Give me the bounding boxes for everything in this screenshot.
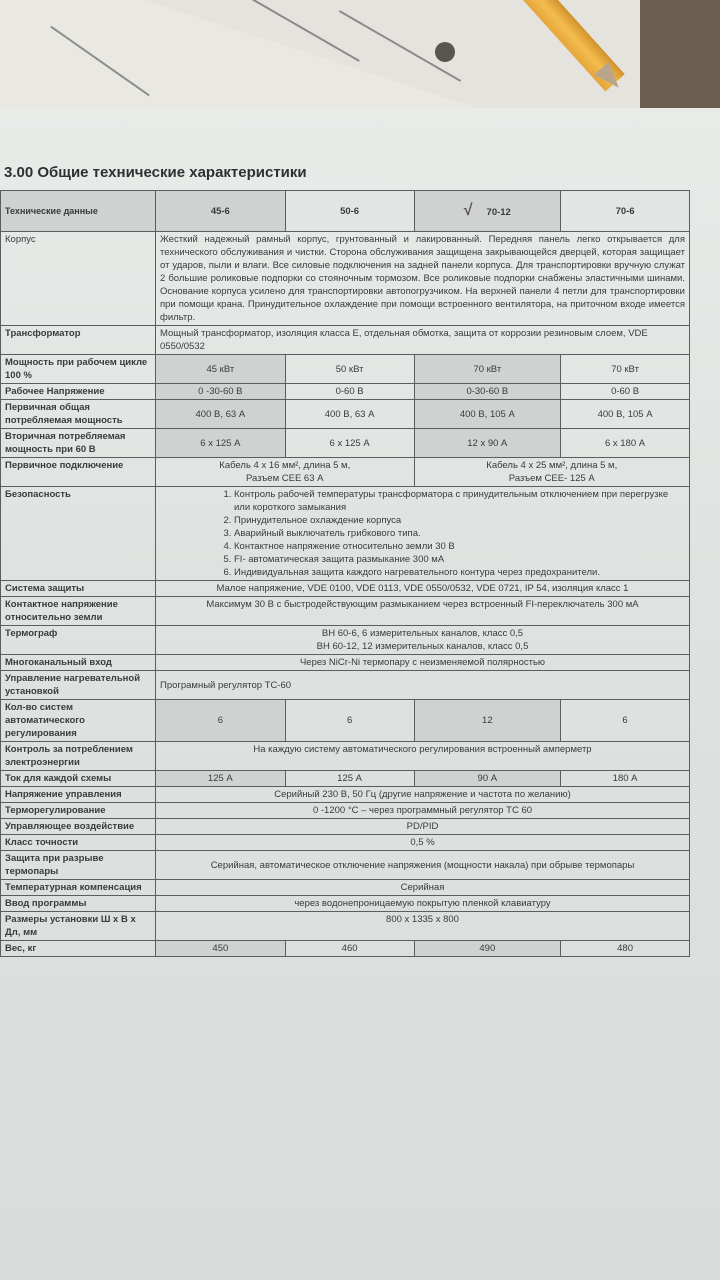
list-item: Аварийный выключатель грибкового типа.	[234, 527, 685, 540]
table-row: Многоканальный вход Через NiCr-Ni термоп…	[1, 655, 690, 671]
spec-sheet-page: 3.00 Общие технические характеристики Те…	[0, 108, 720, 1280]
checkmark-icon: √	[464, 202, 473, 219]
row-value: 800 x 1335 x 800	[156, 912, 690, 941]
cell: 0 -30-60 В	[156, 384, 286, 400]
row-value: Через NiCr-Ni термопару с неизменяемой п…	[156, 655, 690, 671]
row-label: Безопасность	[1, 487, 156, 581]
row-value: Серийный 230 В, 50 Гц (другие напряжение…	[156, 787, 690, 803]
table-row: Ток для каждой схемы 125 А 125 А 90 А 18…	[1, 771, 690, 787]
row-label: Ввод программы	[1, 896, 156, 912]
table-row: Первичное подключение Кабель 4 x 16 мм²,…	[1, 458, 690, 487]
cell: 45 кВт	[156, 355, 286, 384]
cell: 70 кВт	[414, 355, 561, 384]
cell: 125 А	[156, 771, 286, 787]
row-label: Многоканальный вход	[1, 655, 156, 671]
list-item: Контроль рабочей температуры трансформат…	[234, 488, 685, 514]
table-row: Трансформатор Мощный трансформатор, изол…	[1, 326, 690, 355]
row-label: Рабочее Напряжение	[1, 384, 156, 400]
row-value: ВН 60-6, 6 измерительных каналов, класс …	[156, 626, 690, 655]
row-value: На каждую систему автоматического регули…	[156, 742, 690, 771]
cell: 6	[156, 700, 286, 742]
model-45-6: 45-6	[156, 191, 286, 232]
table-row: Защита при разрыве термопары Серийная, а…	[1, 851, 690, 880]
row-value: PD/PID	[156, 819, 690, 835]
row-value: через водонепроницаемую покрытую пленкой…	[156, 896, 690, 912]
row-label: Вторичная потребляемая мощность при 60 В	[1, 429, 156, 458]
cell: 400 В, 105 А	[414, 400, 561, 429]
row-label: Защита при разрыве термопары	[1, 851, 156, 880]
cell: 400 В, 63 А	[156, 400, 286, 429]
safety-list-cell: Контроль рабочей температуры трансформат…	[156, 487, 690, 581]
table-row: Температурная компенсация Серийная	[1, 880, 690, 896]
row-label: Управление нагревательной установкой	[1, 671, 156, 700]
row-label: Термограф	[1, 626, 156, 655]
table-row: Контактное напряжение относительно земли…	[1, 597, 690, 626]
cell: 180 А	[561, 771, 690, 787]
row-label: Корпус	[1, 232, 156, 326]
table-row: Класс точности 0,5 %	[1, 835, 690, 851]
table-row: Система защиты Малое напряжение, VDE 010…	[1, 581, 690, 597]
spec-table: Технические данные 45-6 50-6 √70-12 70-6…	[0, 190, 690, 957]
list-item: FI- автоматическая защита размыкание 300…	[234, 553, 685, 566]
row-label: Класс точности	[1, 835, 156, 851]
table-row: Безопасность Контроль рабочей температур…	[1, 487, 690, 581]
cell: 490	[414, 941, 561, 957]
table-row: Управление нагревательной установкой Про…	[1, 671, 690, 700]
cell: 125 А	[285, 771, 414, 787]
cell: 6	[561, 700, 690, 742]
row-value: Максимум 30 В с быстродействующим размык…	[156, 597, 690, 626]
cell: 70 кВт	[561, 355, 690, 384]
connection-large: Кабель 4 x 25 мм², длина 5 м, Разъем CEE…	[414, 458, 690, 487]
model-70-6: 70-6	[561, 191, 690, 232]
row-label: Ток для каждой схемы	[1, 771, 156, 787]
table-header-row: Технические данные 45-6 50-6 √70-12 70-6	[1, 191, 690, 232]
cell: 6 x 180 А	[561, 429, 690, 458]
row-label: Кол-во систем автоматического регулирова…	[1, 700, 156, 742]
safety-list: Контроль рабочей температуры трансформат…	[160, 488, 685, 579]
cell: 6 x 125 А	[285, 429, 414, 458]
row-value: Жесткий надежный рамный корпус, грунтова…	[156, 232, 690, 326]
table-row: Кол-во систем автоматического регулирова…	[1, 700, 690, 742]
cell: 90 А	[414, 771, 561, 787]
cell: 460	[285, 941, 414, 957]
cell: 450	[156, 941, 286, 957]
row-label: Температурная компенсация	[1, 880, 156, 896]
model-50-6: 50-6	[285, 191, 414, 232]
row-value: 0,5 %	[156, 835, 690, 851]
row-label: Терморегулирование	[1, 803, 156, 819]
row-label: Напряжение управления	[1, 787, 156, 803]
list-item: Принудительное охлаждение корпуса	[234, 514, 685, 527]
row-value: Серийная, автоматическое отключение напр…	[156, 851, 690, 880]
row-value: 0 -1200 °C – через программный регулятор…	[156, 803, 690, 819]
cell: 6	[285, 700, 414, 742]
cell: 6 x 125 А	[156, 429, 286, 458]
page-title: 3.00 Общие технические характеристики	[4, 164, 307, 181]
model-70-12: √70-12	[414, 191, 561, 232]
table-row: Первичная общая потребляемая мощность 40…	[1, 400, 690, 429]
row-label: Система защиты	[1, 581, 156, 597]
connection-small: Кабель 4 x 16 мм², длина 5 м, Разъем CEE…	[156, 458, 415, 487]
table-row: Контроль за потреблением электроэнергии …	[1, 742, 690, 771]
cell: 400 В, 105 А	[561, 400, 690, 429]
table-row: Управляющее воздействие PD/PID	[1, 819, 690, 835]
row-label: Контактное напряжение относительно земли	[1, 597, 156, 626]
cell: 12 x 90 А	[414, 429, 561, 458]
row-value: Мощный трансформатор, изоляция класса E,…	[156, 326, 690, 355]
row-label: Первичная общая потребляемая мощность	[1, 400, 156, 429]
row-label: Вес, кг	[1, 941, 156, 957]
cell: 0-60 В	[561, 384, 690, 400]
header-label: Технические данные	[1, 191, 156, 232]
row-label: Размеры установки Ш x В x Дл, мм	[1, 912, 156, 941]
cell: 0-30-60 В	[414, 384, 561, 400]
cell: 50 кВт	[285, 355, 414, 384]
row-value: Серийная	[156, 880, 690, 896]
list-item: Контактное напряжение относительно земли…	[234, 540, 685, 553]
list-item: Индивидуальная защита каждого нагревател…	[234, 566, 685, 579]
table-row: Ввод программы через водонепроницаемую п…	[1, 896, 690, 912]
cell: 12	[414, 700, 561, 742]
row-value: Малое напряжение, VDE 0100, VDE 0113, VD…	[156, 581, 690, 597]
cell: 480	[561, 941, 690, 957]
row-value: Програмный регулятор TC-60	[156, 671, 690, 700]
cell: 400 В, 63 А	[285, 400, 414, 429]
punch-hole	[435, 42, 455, 62]
table-row: Рабочее Напряжение 0 -30-60 В 0-60 В 0-3…	[1, 384, 690, 400]
table-row: Размеры установки Ш x В x Дл, мм 800 x 1…	[1, 912, 690, 941]
table-row: Мощность при рабочем цикле 100 % 45 кВт …	[1, 355, 690, 384]
row-label: Мощность при рабочем цикле 100 %	[1, 355, 156, 384]
row-label: Первичное подключение	[1, 458, 156, 487]
row-label: Контроль за потреблением электроэнергии	[1, 742, 156, 771]
table-row: Термограф ВН 60-6, 6 измерительных канал…	[1, 626, 690, 655]
table-row: Вес, кг 450 460 490 480	[1, 941, 690, 957]
cell: 0-60 В	[285, 384, 414, 400]
table-row: Вторичная потребляемая мощность при 60 В…	[1, 429, 690, 458]
table-row: Напряжение управления Серийный 230 В, 50…	[1, 787, 690, 803]
row-label: Трансформатор	[1, 326, 156, 355]
table-row: Корпус Жесткий надежный рамный корпус, г…	[1, 232, 690, 326]
table-row: Терморегулирование 0 -1200 °C – через пр…	[1, 803, 690, 819]
row-label: Управляющее воздействие	[1, 819, 156, 835]
